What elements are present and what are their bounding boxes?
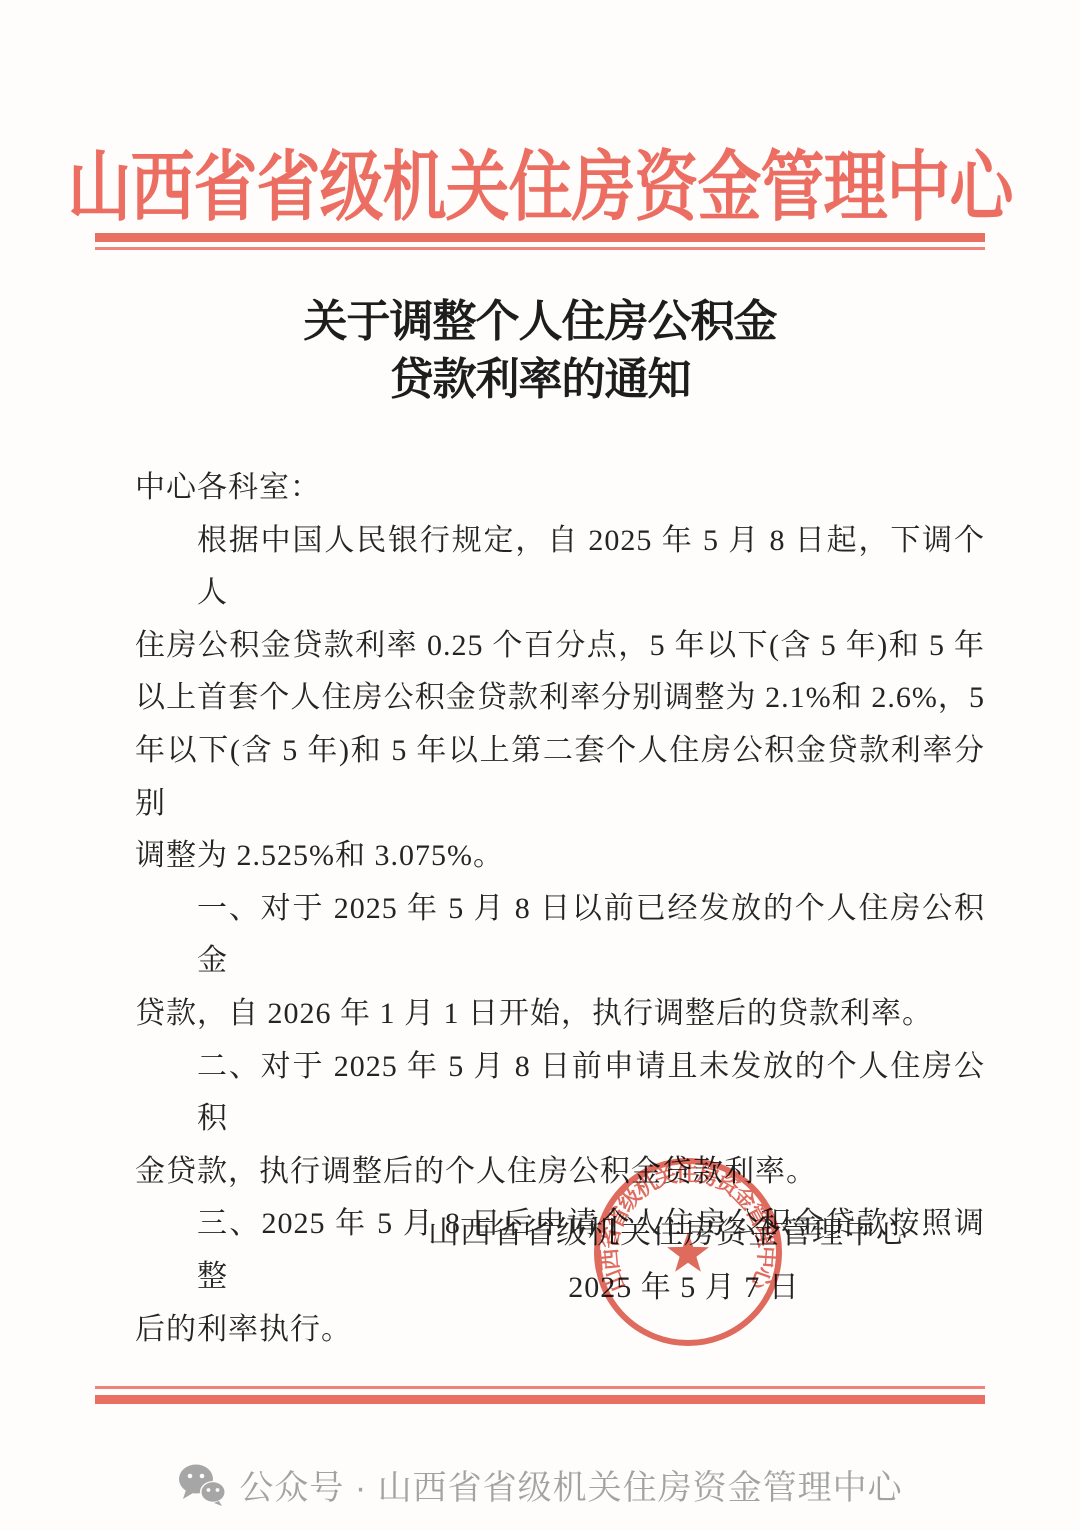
watermark-footer: 公众号 · 山西省省级机关住房资金管理中心 [0, 1460, 1080, 1509]
document-title-line2: 贷款利率的通知 [0, 351, 1080, 409]
document-title-line1: 关于调整个人住房公积金 [0, 293, 1080, 351]
body-line: 年以下(含 5 年)和 5 年以上第二套个人住房公积金贷款利率分别 [135, 725, 985, 830]
footer-divider [95, 1386, 985, 1404]
body-line: 调整为 2.525%和 3.075%。 [135, 830, 985, 883]
body-line: 贷款，自 2026 年 1 月 1 日开始，执行调整后的贷款利率。 [135, 988, 985, 1041]
footer-text: 公众号 · 山西省省级机关住房资金管理中心 [239, 1460, 902, 1509]
divider-thick-line [95, 1395, 985, 1404]
divider-thick-line [95, 233, 985, 242]
body-line: 二、对于 2025 年 5 月 8 日前申请且未发放的个人住房公积 [135, 1041, 985, 1146]
body-line: 以上首套个人住房公积金贷款利率分别调整为 2.1%和 2.6%，5 [135, 672, 985, 725]
wechat-icon [177, 1463, 227, 1507]
letterhead-org-name: 山西省省级机关住房资金管理中心 [0, 126, 1080, 236]
document-title: 关于调整个人住房公积金 贷款利率的通知 [0, 293, 1080, 409]
signature-org-name: 山西省省级机关住房资金管理中心 [428, 1207, 908, 1252]
body-line: 金贷款，执行调整后的个人住房公积金贷款利率。 [135, 1146, 985, 1199]
body-line: 后的利率执行。 [135, 1304, 985, 1357]
divider-thin-line [95, 247, 985, 250]
letterhead-divider [95, 233, 985, 250]
signature-date: 2025 年 5 月 7 日 [484, 1262, 884, 1306]
body-line: 一、对于 2025 年 5 月 8 日以前已经发放的个人住房公积金 [135, 883, 985, 988]
salutation: 中心各科室： [135, 462, 985, 515]
body-line: 住房公积金贷款利率 0.25 个百分点，5 年以下(含 5 年)和 5 年 [135, 620, 985, 673]
document-page: 山西省省级机关住房资金管理中心 关于调整个人住房公积金 贷款利率的通知 中心各科… [0, 0, 1080, 1531]
body-line: 根据中国人民银行规定，自 2025 年 5 月 8 日起，下调个人 [135, 515, 985, 620]
